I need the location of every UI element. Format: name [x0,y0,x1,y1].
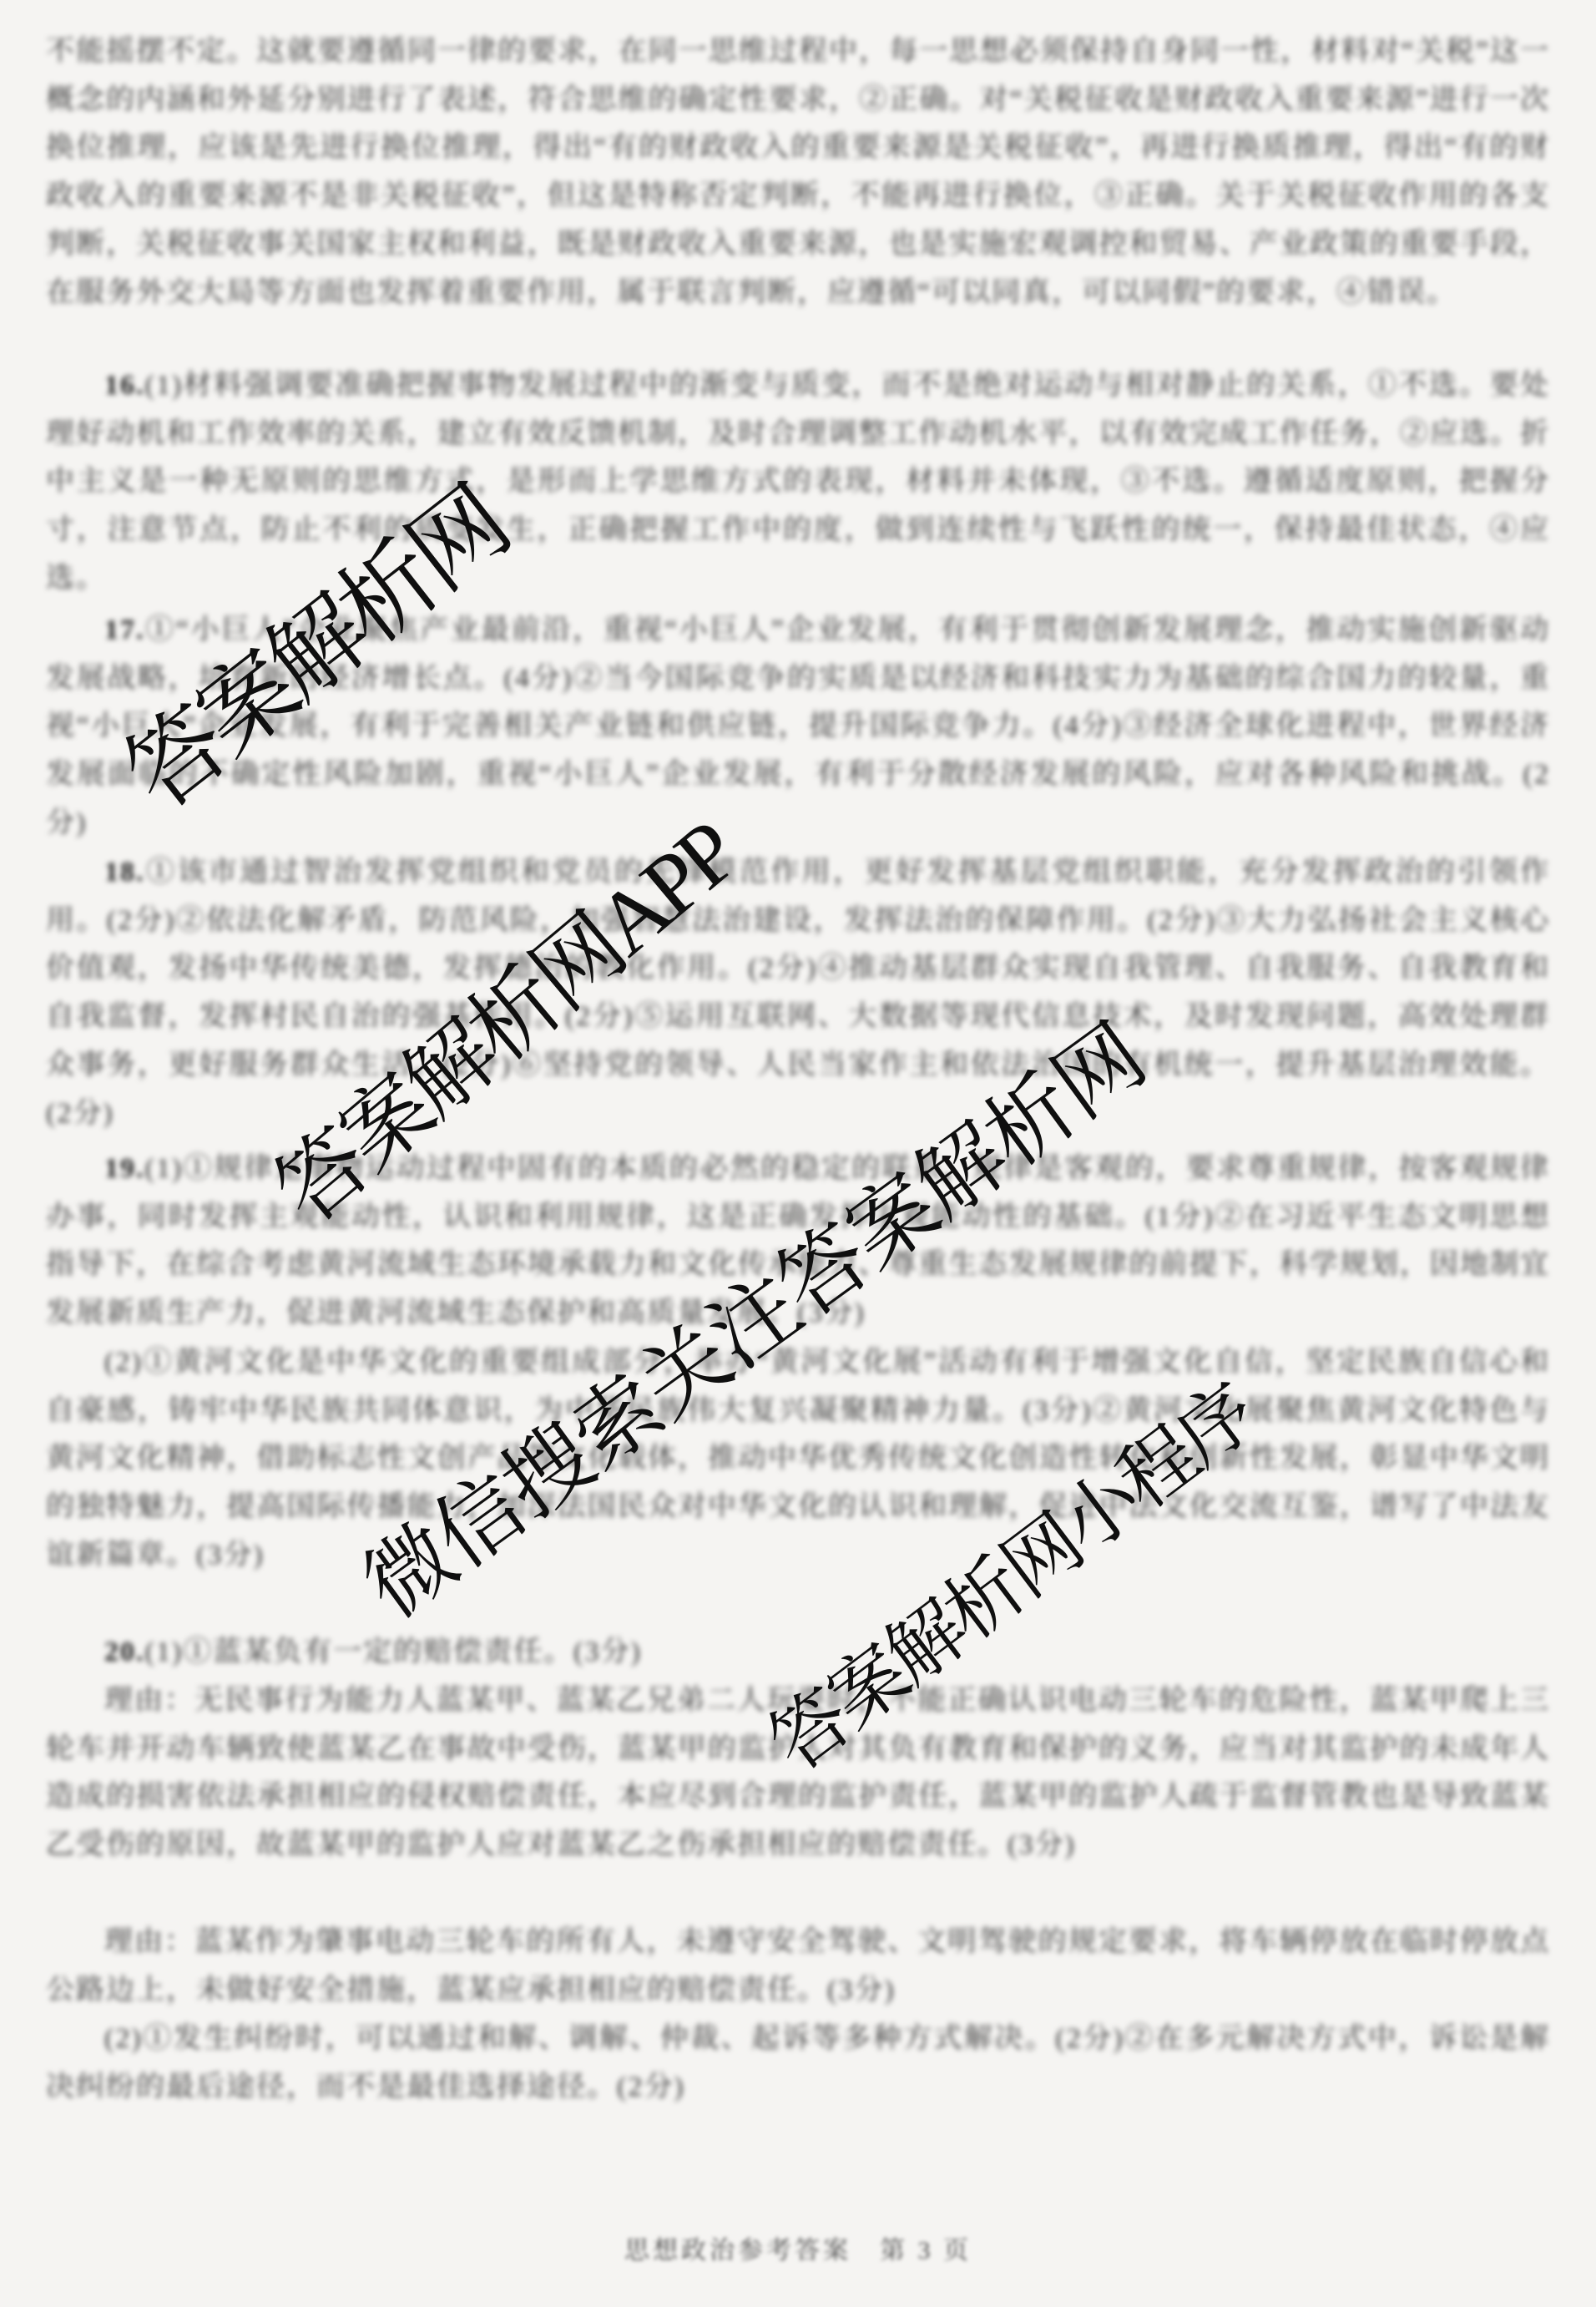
question-number: 16. [104,370,145,401]
answer-paragraph: 20.(1)①蓝某负有一定的赔偿责任。(3分) [46,1628,1550,1677]
answer-paragraph: 不能摇摆不定。这就要遵循同一律的要求，在同一思维过程中，每一思想必须保持自身同一… [46,28,1550,362]
answer-paragraph: 18.①该市通过智治发挥党组织和党员的先锋模范作用，更好发挥基层党组织职能，充分… [46,848,1550,1138]
question-number: 17. [104,615,145,645]
question-number: 19. [104,1153,145,1184]
answer-paragraph: 理由：蓝某作为肇事电动三轮车的所有人，未遵守安全驾驶、文明驾驶的规定要求，将车辆… [46,1918,1550,2015]
answer-paragraph: (2)①发生纠纷时，可以通过和解、调解、仲裁、起诉等多种方式解决。(2分)②在多… [46,2015,1550,2112]
page-footer: 思想政治参考答案 第 3 页 [0,2229,1596,2266]
answer-paragraph: 16.(1)材料强调要准确把握事物发展过程中的渐变与质变，而不是绝对运动与相对静… [46,362,1550,603]
question-number: 18. [104,857,145,888]
answer-paragraphs: 不能摇摆不定。这就要遵循同一律的要求，在同一思维过程中，每一思想必须保持自身同一… [0,0,1596,2307]
question-number: 20. [104,1637,145,1667]
document-page: 不能摇摆不定。这就要遵循同一律的要求，在同一思维过程中，每一思想必须保持自身同一… [0,0,1596,2307]
answer-paragraph: 理由：无民事行为能力人蓝某甲、蓝某乙兄弟二人玩耍时，不能正确认识电动三轮车的危险… [46,1677,1550,1918]
answer-paragraph: 17.①“小巨人”企业聚焦产业最前沿，重视“小巨人”企业发展，有利于贯彻创新发展… [46,606,1550,847]
answer-paragraph: (2)①黄河文化是中华文化的重要组成部分，举办“黄河文化展”活动有利于增强文化自… [46,1338,1550,1628]
answer-paragraph: 19.(1)①规律是事物运动过程中固有的本质的必然的稳定的联系，规律是客观的，要… [46,1145,1550,1338]
